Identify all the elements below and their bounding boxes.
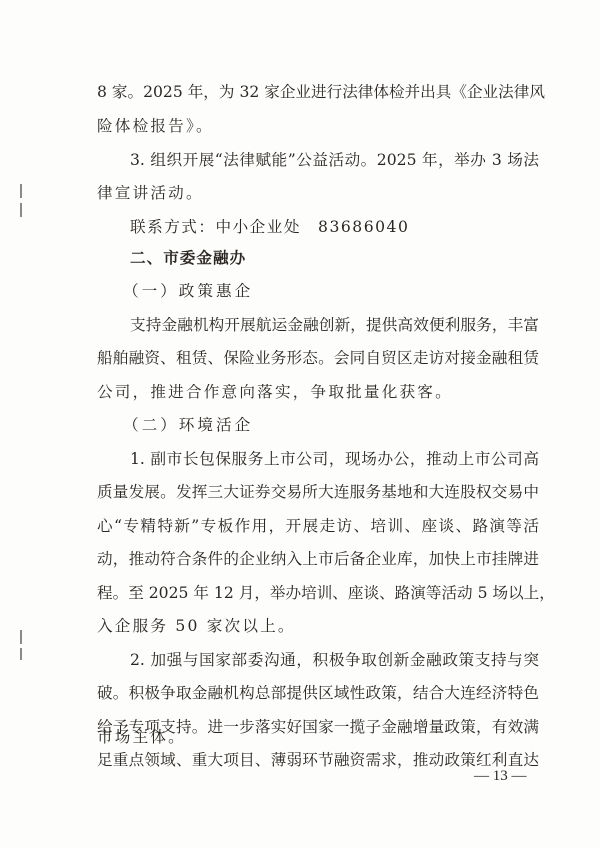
paragraph-line: 船舶融资、租赁、保险业务形态。会同自贸区走访对接金融租赁 (97, 347, 539, 369)
binding-mark (20, 203, 22, 217)
paragraph-line: 8 家。2025 年，为 32 家企业进行法律体检并出具《企业法律风 (97, 81, 539, 103)
paragraph-line: 公司，推进合作意向落实，争取批量化获客。 (97, 381, 539, 403)
document-page: 8 家。2025 年，为 32 家企业进行法律体检并出具《企业法律风 险体检报告… (0, 0, 600, 848)
contact-line: 联系方式：中小企业处 83686040 (130, 216, 539, 238)
paragraph-line: 心“专精特新”专板作用，开展走访、培训、座谈、路演等活 (97, 515, 539, 537)
binding-mark (20, 648, 22, 660)
paragraph-line: 足重点领域、重大项目、薄弱环节融资需求，推动政策红利直达 (97, 749, 539, 771)
paragraph-line: 支持金融机构开展航运金融创新，提供高效便利服务，丰富 (130, 314, 539, 336)
subsection-heading: （二）环境活企 (123, 414, 532, 436)
paragraph-line: 市场主体。 (97, 726, 539, 748)
paragraph-line: 入企服务 50 家次以上。 (97, 615, 539, 637)
binding-mark (20, 630, 22, 644)
paragraph-line: 险体检报告》。 (97, 115, 539, 137)
page-number: — 13 — (474, 766, 527, 786)
paragraph-line: 1. 副市长包保服务上市公司，现场办公，推动上市公司高 (130, 448, 539, 470)
paragraph-line: 动，推动符合条件的企业纳入上市后备企业库，加快上市挂牌进 (97, 548, 539, 570)
paragraph-line: 破。积极争取金融机构总部提供区域性政策，结合大连经济特色 (97, 682, 539, 704)
paragraph-line: 质量发展。发挥三大证券交易所大连服务基地和大连股权交易中 (97, 481, 539, 503)
paragraph-line: 2. 加强与国家部委沟通，积极争取创新金融政策支持与突 (130, 649, 539, 671)
binding-mark (20, 184, 22, 198)
section-heading: 二、市委金融办 (130, 247, 539, 269)
subsection-heading: （一）政策惠企 (123, 280, 532, 302)
paragraph-line: 3. 组织开展“法律赋能”公益活动。2025 年，举办 3 场法 (130, 149, 539, 171)
paragraph-line: 程。至 2025 年 12 月，举办培训、座谈、路演等活动 5 场以上， (97, 582, 539, 604)
paragraph-line: 律宣讲活动。 (97, 182, 539, 204)
